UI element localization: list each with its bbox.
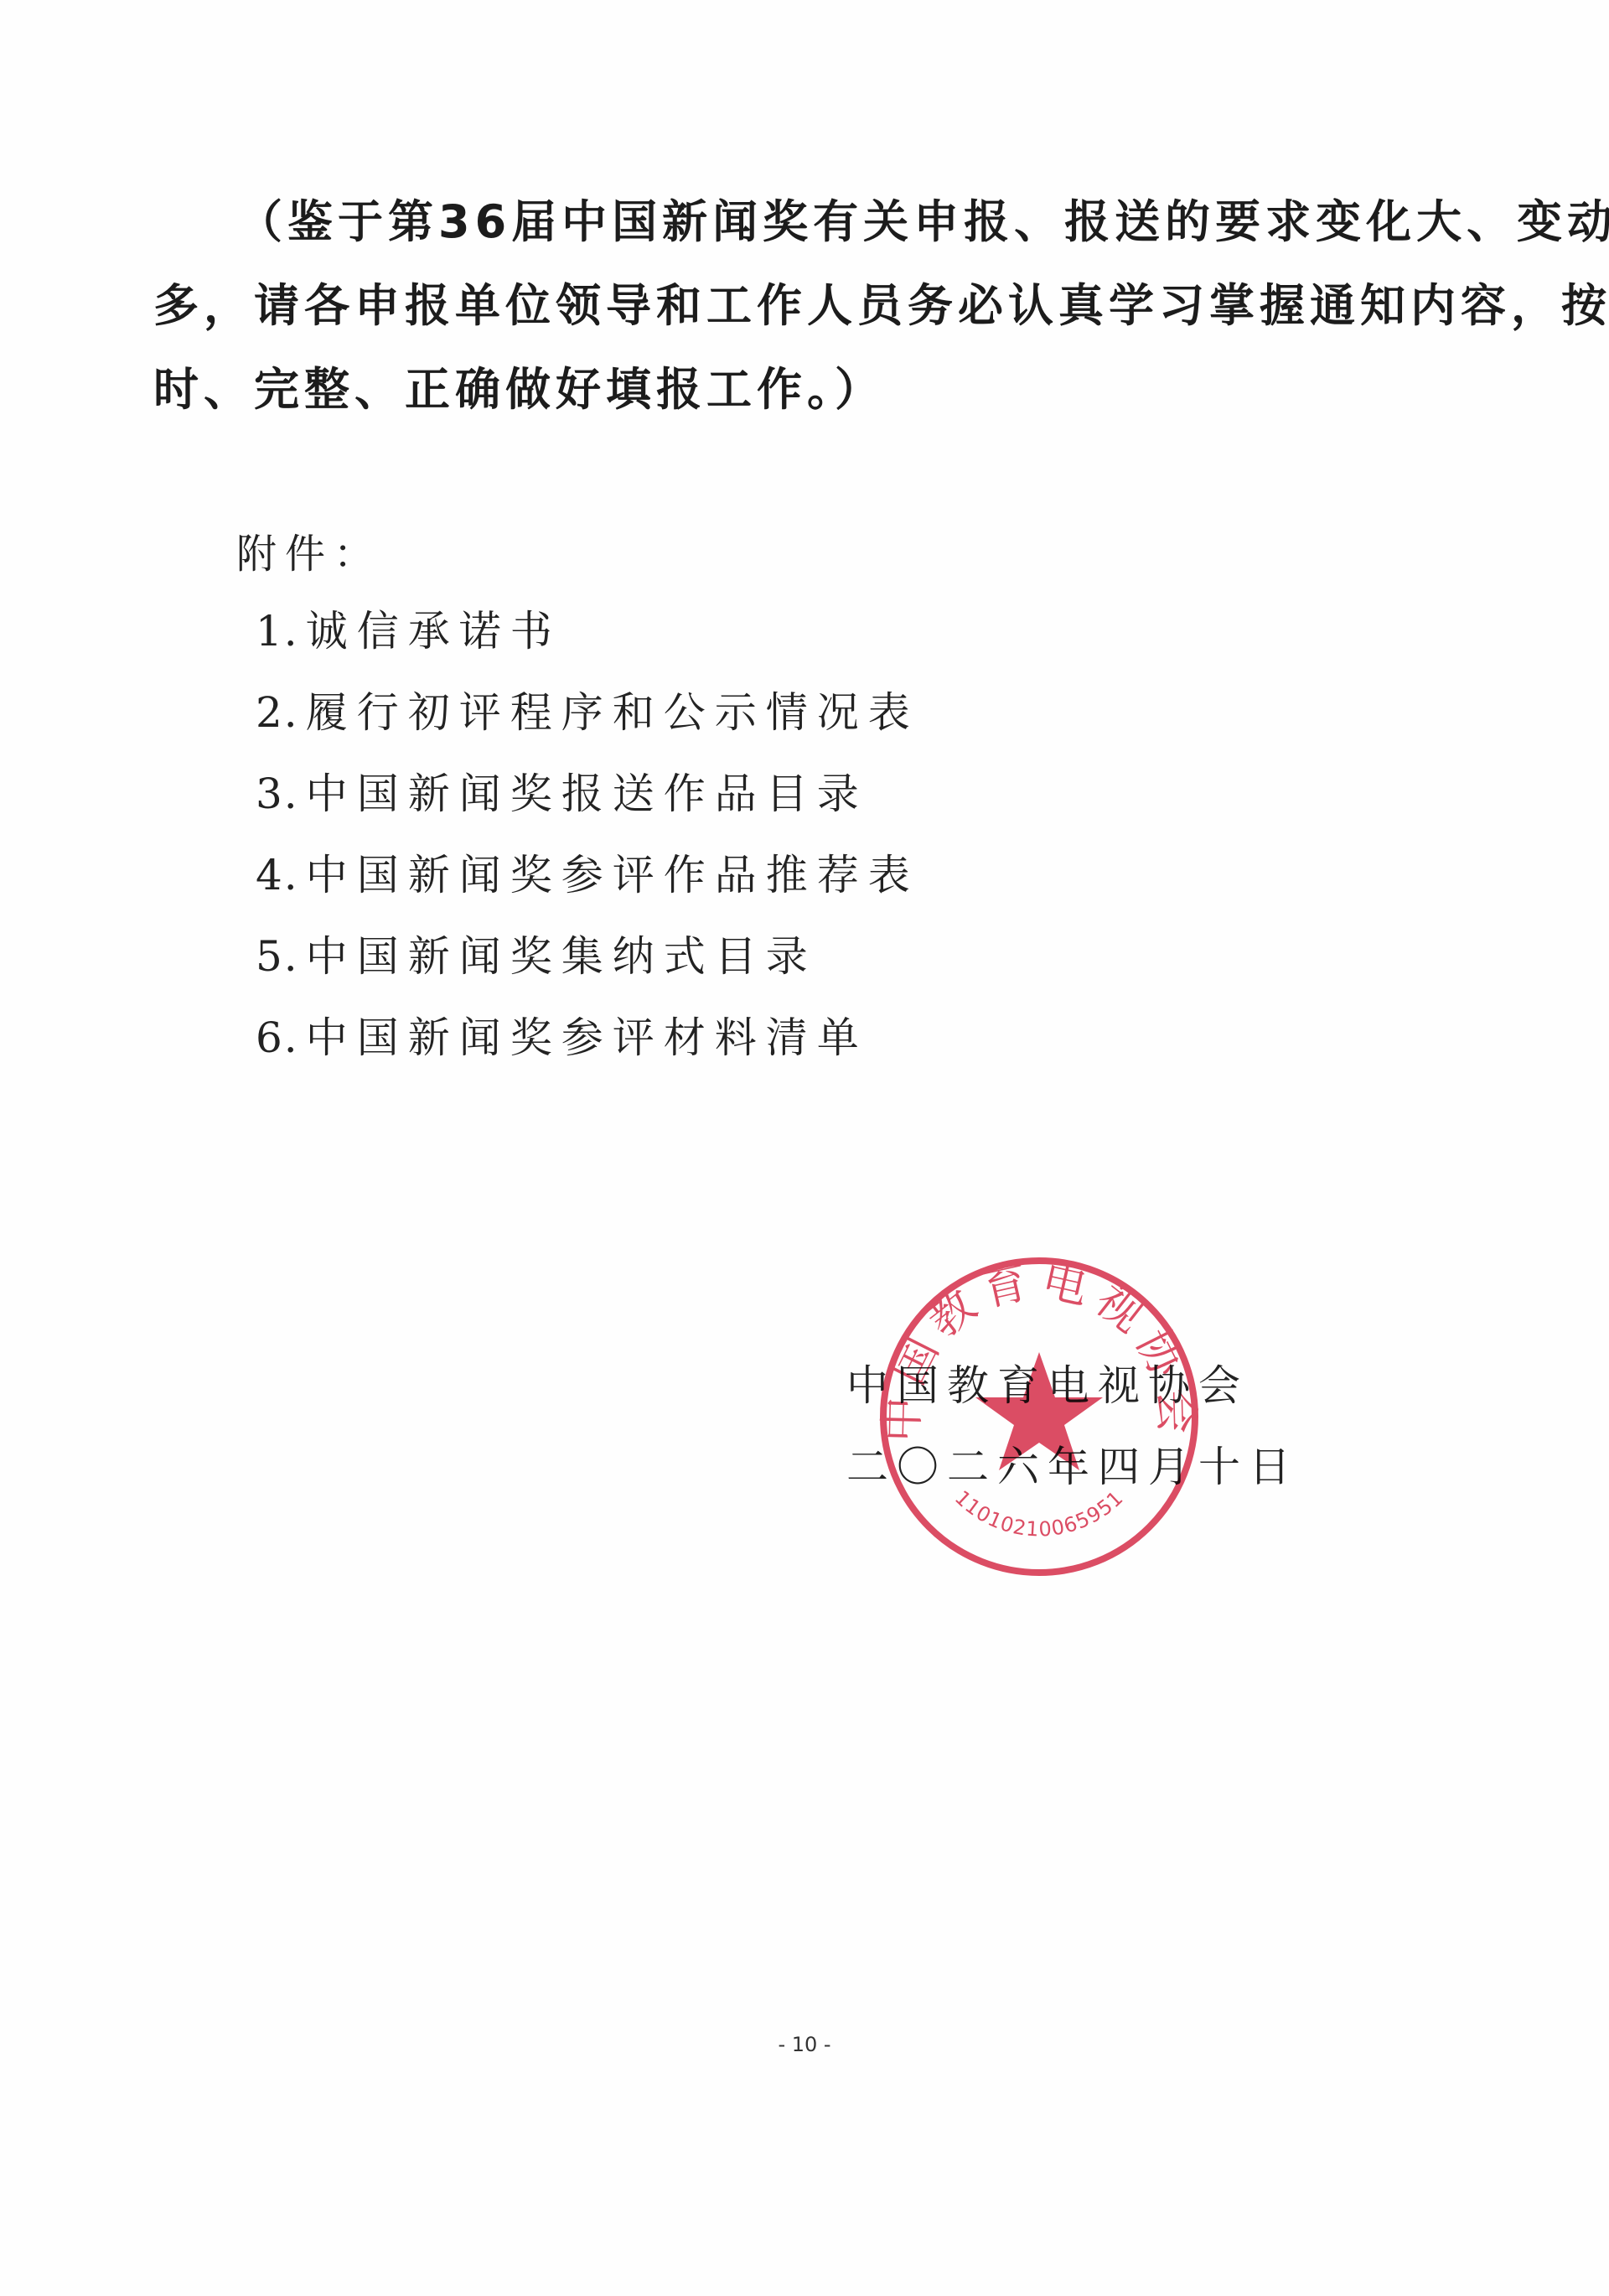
attachment-item: 4.中国新闻奖参评作品推荐表 <box>256 835 919 916</box>
submission-note-paragraph: （鉴于第36届中国新闻奖有关申报、报送的要求变化大、变动 多，请各申报单位领导和… <box>153 180 1461 432</box>
attachment-label: 履行初评程序和公示情况表 <box>306 688 919 737</box>
attachment-item: 2.履行初评程序和公示情况表 <box>256 672 919 754</box>
attachment-number: 4. <box>256 851 299 899</box>
attachments-list: 1.诚信承诺书 2.履行初评程序和公示情况表 3.中国新闻奖报送作品目录 4.中… <box>256 591 919 1079</box>
attachment-label: 中国新闻奖参评作品推荐表 <box>306 851 919 899</box>
attachment-label: 中国新闻奖集纳式目录 <box>306 932 817 981</box>
attachment-label: 中国新闻奖参评材料清单 <box>306 1013 868 1062</box>
document-page: （鉴于第36届中国新闻奖有关申报、报送的要求变化大、变动 多，请各申报单位领导和… <box>0 0 1609 2296</box>
attachment-number: 2. <box>256 688 299 737</box>
page-number: - 10 - <box>0 2033 1609 2056</box>
attachment-item: 3.中国新闻奖报送作品目录 <box>256 754 919 835</box>
attachment-label: 中国新闻奖报送作品目录 <box>306 770 868 818</box>
attachment-number: 5. <box>256 932 299 981</box>
note-line-2: 多，请各申报单位领导和工作人员务必认真学习掌握通知内容，按 <box>153 264 1461 348</box>
seal-star-icon <box>975 1352 1103 1470</box>
note-line-1: （鉴于第36届中国新闻奖有关申报、报送的要求变化大、变动 <box>153 180 1461 264</box>
attachments-heading: 附件： <box>236 521 382 579</box>
attachment-item: 6.中国新闻奖参评材料清单 <box>256 998 919 1079</box>
attachment-number: 1. <box>256 607 299 656</box>
official-seal-stamp: 中国教育电视协会 11010210065951 <box>876 1253 1203 1580</box>
attachment-number: 6. <box>256 1013 299 1062</box>
attachment-number: 3. <box>256 770 299 818</box>
attachment-item: 5.中国新闻奖集纳式目录 <box>256 916 919 998</box>
seal-code: 11010210065951 <box>950 1486 1128 1542</box>
note-line-3: 时、完整、正确做好填报工作。） <box>153 348 1461 432</box>
attachment-item: 1.诚信承诺书 <box>256 591 919 672</box>
attachment-label: 诚信承诺书 <box>306 607 561 656</box>
